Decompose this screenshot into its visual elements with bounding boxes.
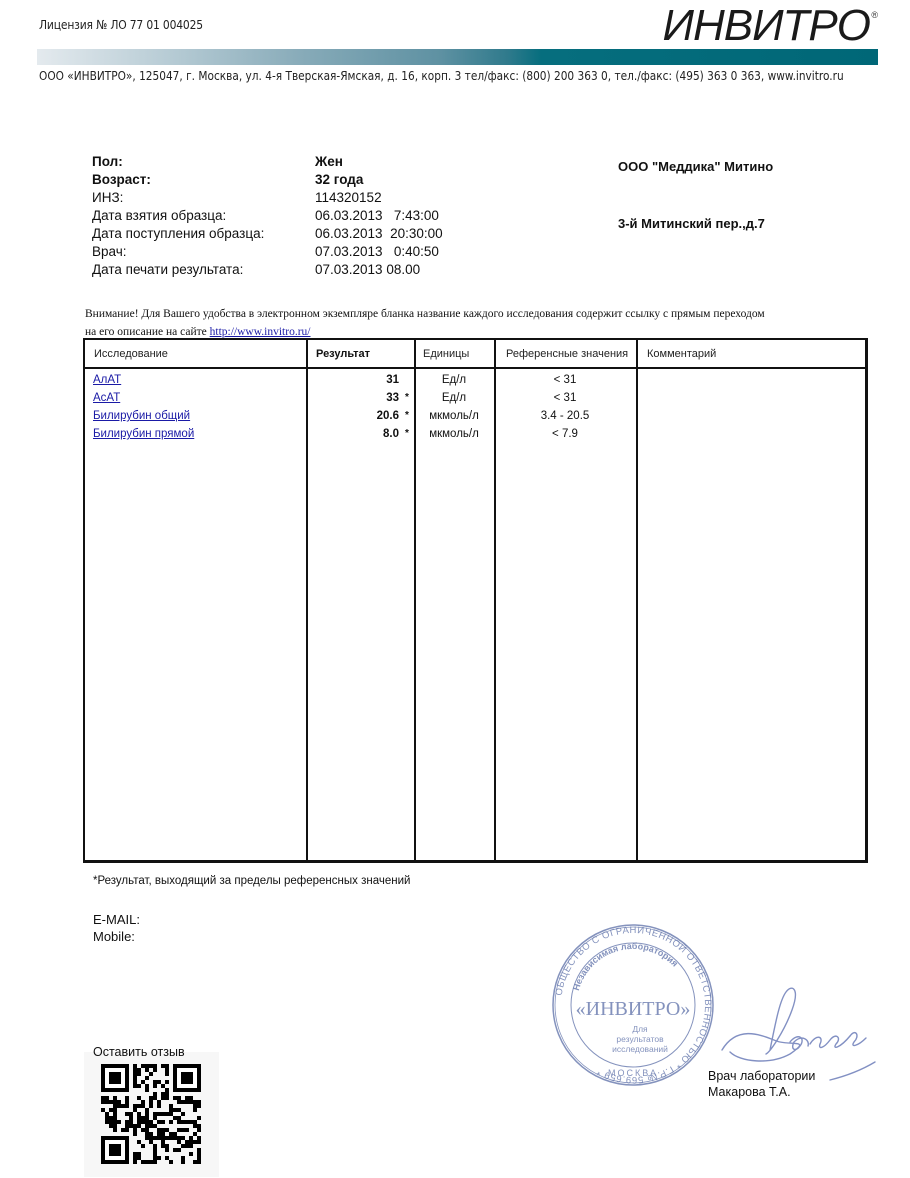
field-value: 07.03.2013 0:40:50 bbox=[315, 243, 439, 261]
out-of-range-flag: * bbox=[405, 407, 409, 425]
stamp-purpose-1: Для bbox=[632, 1024, 648, 1034]
stamp-purpose-3: исследований bbox=[612, 1044, 668, 1054]
header-divider bbox=[85, 367, 865, 369]
field-inz: ИНЗ: 114320152 bbox=[92, 189, 443, 207]
stamp-center: «ИНВИТРО» bbox=[576, 998, 691, 1020]
field-sample-date: Дата взятия образца: 06.03.2013 7:43:00 bbox=[92, 207, 443, 225]
units-value: мкмоль/л bbox=[414, 407, 494, 425]
units-value: Ед/л bbox=[414, 371, 494, 389]
out-of-range-flag: * bbox=[405, 425, 409, 443]
feedback-label: Оставить отзыв bbox=[93, 1045, 185, 1059]
header-reference: Референсные значения bbox=[506, 348, 628, 360]
clinic-name: ООО "Меддика" Митино bbox=[618, 159, 773, 174]
reference-value: 3.4 - 20.5 bbox=[494, 407, 636, 425]
field-label: Дата печати результата: bbox=[92, 261, 315, 279]
footnote: *Результат, выходящий за пределы референ… bbox=[93, 875, 410, 887]
lab-stamp: ОБЩЕСТВО С ОГРАНИЧЕННОЙ ОТВЕТСТВЕННОСТЬЮ… bbox=[548, 915, 718, 1095]
registered-mark: ® bbox=[871, 10, 878, 20]
field-value: 07.03.2013 08.00 bbox=[315, 261, 420, 279]
field-label: Возраст: bbox=[92, 171, 315, 189]
field-print-date: Дата печати результата: 07.03.2013 08.00 bbox=[92, 261, 443, 279]
field-received-date: Дата поступления образца: 06.03.2013 20:… bbox=[92, 225, 443, 243]
test-link[interactable]: Билирубин общий bbox=[93, 410, 190, 422]
test-name-cell: АлАТ bbox=[93, 371, 121, 389]
stamp-city: МОСКВА bbox=[608, 1068, 658, 1078]
reference-value: < 7.9 bbox=[494, 425, 636, 443]
field-label: Врач: bbox=[92, 243, 315, 261]
field-sex: Пол: Жен bbox=[92, 153, 443, 171]
test-link[interactable]: Билирубин прямой bbox=[93, 428, 194, 440]
doctor-name: Макарова Т.А. bbox=[708, 1084, 815, 1100]
doctor-signoff: Врач лаборатории Макарова Т.А. bbox=[708, 1068, 815, 1100]
field-value: 06.03.2013 20:30:00 bbox=[315, 225, 443, 243]
stamp-purpose-2: результатов bbox=[616, 1034, 664, 1044]
results-table: Исследование Результат Единицы Референсн… bbox=[83, 338, 868, 863]
out-of-range-flag: * bbox=[405, 389, 409, 407]
notice: Внимание! Для Вашего удобства в электрон… bbox=[85, 305, 765, 341]
header-comment: Комментарий bbox=[647, 348, 716, 360]
result-value: 31 bbox=[306, 371, 399, 389]
header-gradient-bar bbox=[37, 49, 878, 65]
notice-prefix: на его описание на сайте bbox=[85, 326, 210, 338]
field-value: 114320152 bbox=[315, 189, 382, 207]
test-name-cell: Билирубин прямой bbox=[93, 425, 194, 443]
field-value: 32 года bbox=[315, 171, 363, 189]
invitro-logo: ИНВИТРО bbox=[662, 2, 870, 50]
field-label: Дата взятия образца: bbox=[92, 207, 315, 225]
field-age: Возраст: 32 года bbox=[92, 171, 443, 189]
clinic-address: 3-й Митинский пер.,д.7 bbox=[618, 216, 765, 231]
result-value: 20.6 bbox=[306, 407, 399, 425]
reference-value: < 31 bbox=[494, 389, 636, 407]
feedback-qr-code[interactable] bbox=[96, 1064, 206, 1164]
company-address: ООО «ИНВИТРО», 125047, г. Москва, ул. 4-… bbox=[39, 68, 844, 83]
units-value: Ед/л bbox=[414, 389, 494, 407]
patient-info: Пол: Жен Возраст: 32 года ИНЗ: 114320152… bbox=[92, 153, 443, 279]
header-test: Исследование bbox=[94, 348, 168, 360]
result-value: 8.0 bbox=[306, 425, 399, 443]
license-number: Лицензия № ЛО 77 01 004025 bbox=[39, 17, 203, 32]
field-value: 06.03.2013 7:43:00 bbox=[315, 207, 439, 225]
field-label: ИНЗ: bbox=[92, 189, 315, 207]
test-name-cell: Билирубин общий bbox=[93, 407, 190, 425]
test-link[interactable]: АсАТ bbox=[93, 392, 120, 404]
field-label: Пол: bbox=[92, 153, 315, 171]
field-doctor: Врач: 07.03.2013 0:40:50 bbox=[92, 243, 443, 261]
reference-value: < 31 bbox=[494, 371, 636, 389]
test-link[interactable]: АлАТ bbox=[93, 374, 121, 386]
result-value: 33 bbox=[306, 389, 399, 407]
field-label: Дата поступления образца: bbox=[92, 225, 315, 243]
test-name-cell: АсАТ bbox=[93, 389, 120, 407]
header-result: Результат bbox=[316, 348, 370, 360]
field-value: Жен bbox=[315, 153, 343, 171]
notice-line-1: Внимание! Для Вашего удобства в электрон… bbox=[85, 305, 765, 323]
mobile-label: Mobile: bbox=[93, 928, 140, 945]
contact-info: E-MAIL: Mobile: bbox=[93, 911, 140, 945]
email-label: E-MAIL: bbox=[93, 911, 140, 928]
header-units: Единицы bbox=[423, 348, 469, 360]
invitro-site-link[interactable]: http://www.invitro.ru/ bbox=[210, 326, 311, 338]
units-value: мкмоль/л bbox=[414, 425, 494, 443]
column-divider bbox=[636, 340, 638, 860]
doctor-title: Врач лаборатории bbox=[708, 1068, 815, 1084]
